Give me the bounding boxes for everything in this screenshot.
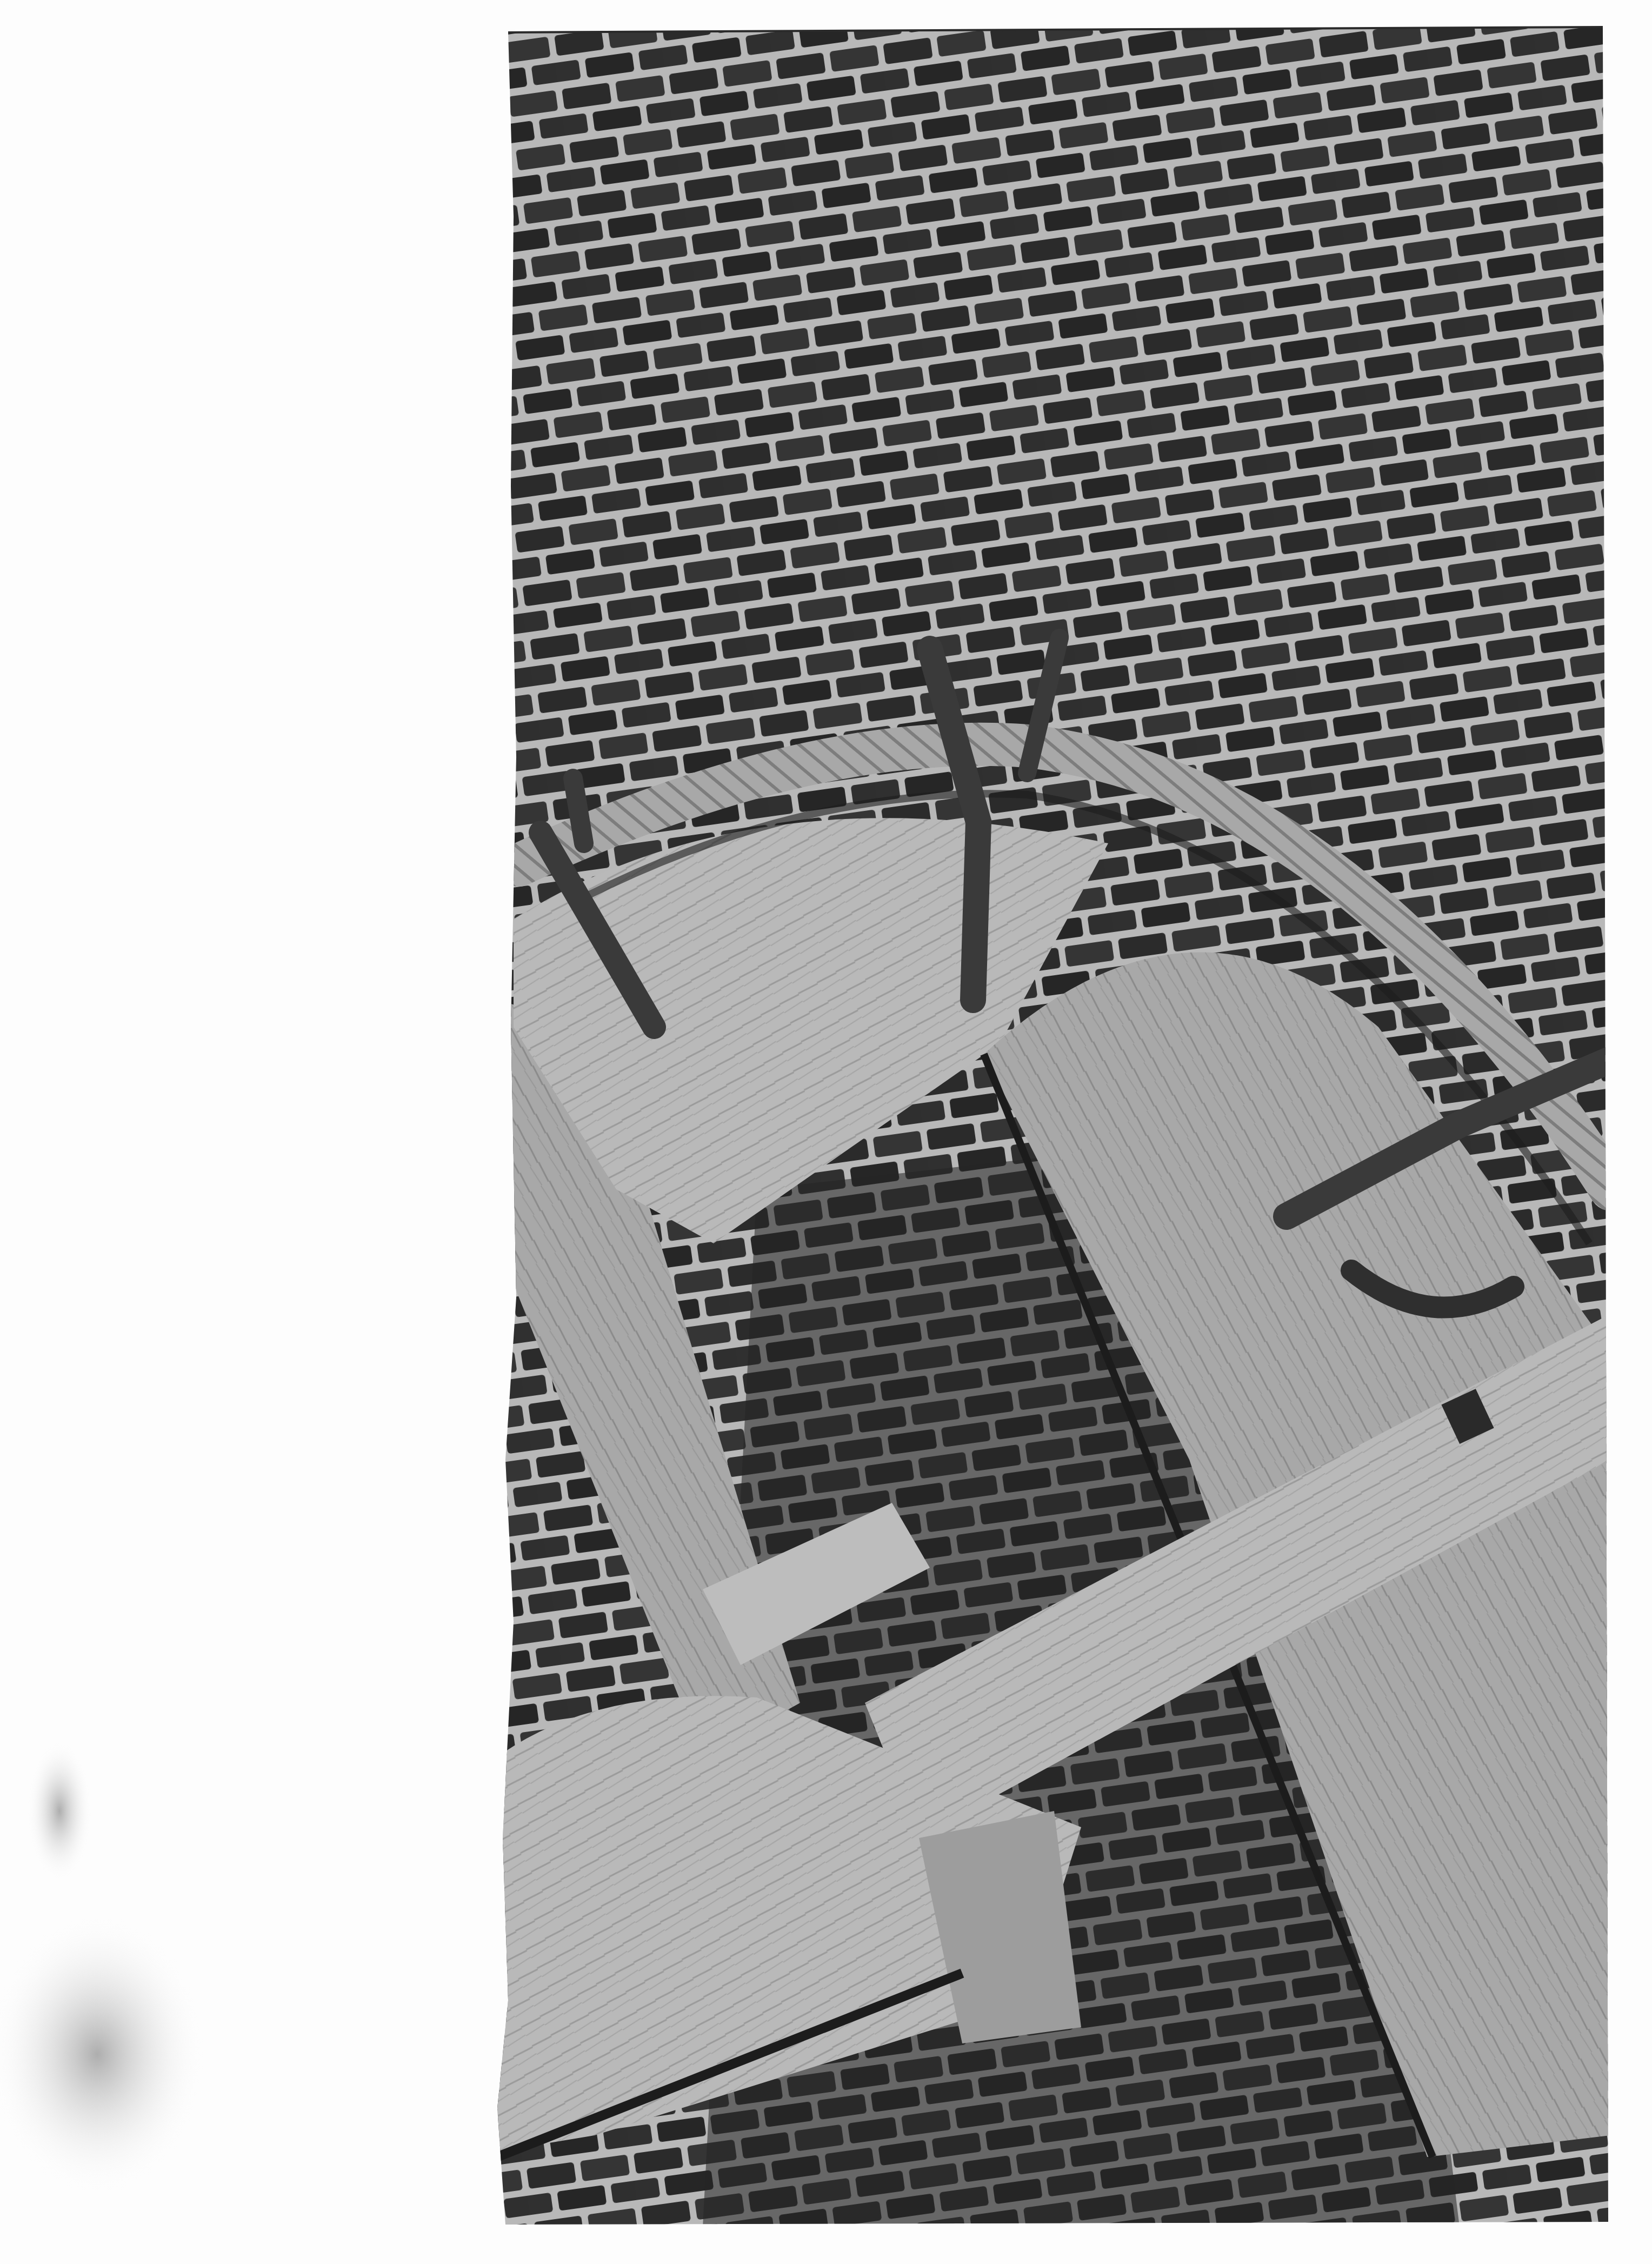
photo-frame	[487, 22, 1622, 2238]
photograph	[0, 0, 1652, 2264]
